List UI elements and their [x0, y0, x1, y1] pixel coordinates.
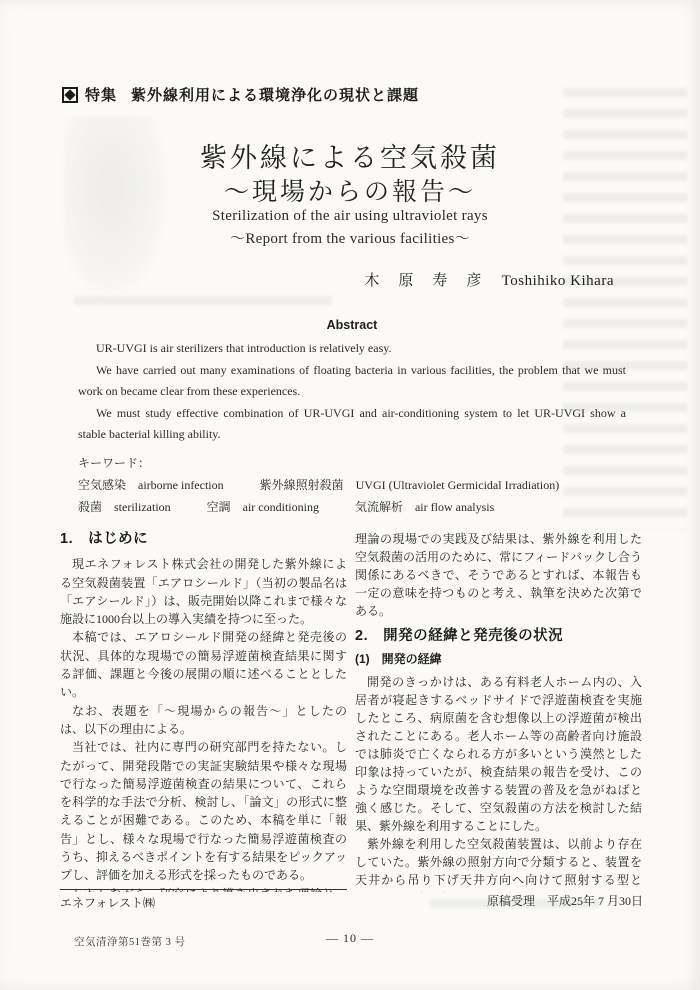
body-paragraph: 開発のきっかけは、ある有料老人ホーム内の、入居者が寝起きするベッドサイドで浮遊菌…	[355, 673, 642, 835]
body-paragraph: なお、表題を「～現場からの報告～」としたのは、以下の理由による。	[60, 702, 347, 739]
author-name-ja: 木 原 寿 彦	[364, 273, 483, 289]
body-paragraph: 紫外線を利用した空気殺菌装置は、以前より存在していた。紫外線の照射方向で分類する…	[355, 835, 642, 892]
author-affiliation-footnote: エネフォレスト㈱	[60, 894, 155, 911]
section-2-heading: 2. 開発の経緯と発売後の状況	[355, 627, 642, 645]
body-paragraph: 当社では、社内に専門の研究部門を持たない。したがって、開発段階での実証実験結果や…	[60, 738, 347, 884]
bleedthrough-caption-bar	[74, 296, 332, 305]
body-paragraph-continuation: 理論の現場での実践及び結果は、紫外線を利用した空気殺菌の活用のために、常にフィー…	[355, 530, 642, 620]
feature-label: 特集	[85, 84, 117, 105]
keywords-section: キーワード： 空気感染 airborne infection 紫外線照射殺菌 U…	[78, 452, 626, 518]
abstract-section: Abstract UR-UVGI is air sterilizers that…	[78, 318, 626, 446]
keywords-line: 空気感染 airborne infection 紫外線照射殺菌 UVGI (Ul…	[78, 474, 626, 496]
body-column-right: 理論の現場での実践及び結果は、紫外線を利用した空気殺菌の活用のために、常にフィー…	[355, 530, 642, 892]
abstract-paragraph: UR-UVGI is air sterilizers that introduc…	[78, 338, 626, 360]
body-paragraph: 本稿では、エアロシールド開発の経緯と発売後の状況、具体的な現場での簡易浮遊菌検査…	[60, 628, 347, 701]
tokushu-diamond-icon	[62, 87, 78, 103]
section-1-heading: 1. はじめに	[60, 530, 347, 548]
paper-title-en-line2: ～Report from the various facilities～	[0, 227, 700, 248]
keywords-line: 殺菌 sterilization 空調 air conditioning 気流解…	[78, 496, 626, 518]
abstract-paragraph: We have carried out many examinations of…	[78, 360, 626, 403]
page-number: ― 10 ―	[0, 931, 700, 946]
abstract-paragraph: We must study effective combination of U…	[78, 403, 626, 446]
keywords-label: キーワード：	[78, 452, 626, 474]
section-2-subheading: (1) 開発の経緯	[355, 650, 642, 668]
feature-header: 特集 紫外線利用による環境浄化の現状と課題	[62, 84, 419, 105]
body-column-left: 1. はじめに 現エネフォレスト株式会社の開発した紫外線による空気殺菌装置「エア…	[60, 530, 347, 892]
paper-title-en-line1: Sterilization of the air using ultraviol…	[0, 208, 700, 225]
paper-title-ja-line1: 紫外線による空気殺菌	[0, 136, 700, 175]
footnote-divider	[60, 889, 347, 890]
scanned-paper-page: 特集 紫外線利用による環境浄化の現状と課題 紫外線による空気殺菌 ～現場からの報…	[0, 0, 700, 990]
abstract-heading: Abstract	[78, 318, 626, 332]
feature-title: 紫外線利用による環境浄化の現状と課題	[131, 84, 419, 105]
body-paragraph: 現エネフォレスト株式会社の開発した紫外線による空気殺菌装置「エアロシールド」（当…	[60, 555, 347, 628]
author-line: 木 原 寿 彦 Toshihiko Kihara	[364, 269, 614, 290]
manuscript-received-date: 原稿受理 平成25年 7 月30日	[487, 892, 643, 909]
paper-title-ja-line2: ～現場からの報告～	[0, 172, 700, 208]
author-name-en: Toshihiko Kihara	[502, 273, 614, 289]
